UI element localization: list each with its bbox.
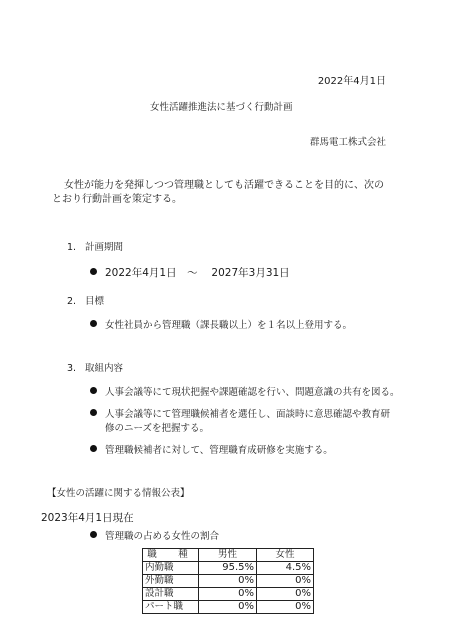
bullet-icon — [90, 445, 97, 452]
job-type-cell: パート職 — [143, 601, 199, 614]
initiative-item-2-continued: 修のニーズを把握する。 — [105, 423, 209, 434]
male-ratio-cell: 0% — [199, 588, 257, 601]
initiative-item-2: 人事会議等にて管理職候補者を選任し、面談時に意思確認や教育研 — [90, 409, 390, 420]
bullet-icon — [90, 320, 97, 327]
initiative-text: 管理職候補者に対して、管理職育成研修を実施する。 — [105, 445, 333, 456]
bullet-icon — [90, 268, 97, 275]
male-ratio-cell: 0% — [199, 575, 257, 588]
disclosure-as-of-date: 2023年4月1日現在 — [41, 512, 134, 525]
column-header-job-type: 職 種 — [143, 549, 199, 562]
section-number: 1. — [67, 242, 85, 253]
table-row: 内勤職 95.5% 4.5% — [143, 562, 314, 575]
job-type-cell: 内勤職 — [143, 562, 199, 575]
female-ratio-cell: 0% — [257, 601, 314, 614]
document-title: 女性活躍推進法に基づく行動計画 — [150, 102, 293, 113]
bullet-icon — [90, 531, 97, 538]
disclosure-item: 管理職の占める女性の割合 — [90, 531, 219, 542]
goal-text: 女性社員から管理職（課長職以上）を１名以上登用する。 — [105, 320, 352, 331]
bullet-icon — [90, 409, 97, 416]
plan-period-text: 2022年4月1日 ～ 2027年3月31日 — [105, 267, 290, 279]
female-ratio-cell: 0% — [257, 575, 314, 588]
column-header-female: 女性 — [257, 549, 314, 562]
section-title: 取組内容 — [85, 363, 123, 374]
company-name: 群馬電工株式会社 — [310, 137, 386, 148]
job-type-cell: 設計職 — [143, 588, 199, 601]
goal-item: 女性社員から管理職（課長職以上）を１名以上登用する。 — [90, 320, 352, 331]
initiative-item-3: 管理職候補者に対して、管理職育成研修を実施する。 — [90, 445, 333, 456]
plan-period-item: 2022年4月1日 ～ 2027年3月31日 — [90, 267, 290, 280]
job-type-cell: 外勤職 — [143, 575, 199, 588]
table-row: 外勤職 0% 0% — [143, 575, 314, 588]
disclosure-item-text: 管理職の占める女性の割合 — [105, 531, 219, 542]
section-3-heading: 3.取組内容 — [67, 363, 123, 374]
female-ratio-cell: 0% — [257, 588, 314, 601]
intro-text-line-1: 女性が能力を発揮しつつ管理職としても活躍できることを目的に、次の — [64, 180, 384, 192]
section-title: 計画期間 — [85, 242, 123, 253]
table-header-row: 職 種 男性 女性 — [143, 549, 314, 562]
female-ratio-cell: 4.5% — [257, 562, 314, 575]
initiative-item-1: 人事会議等にて現状把握や課題確認を行い、問題意識の共有を図る。 — [90, 387, 400, 398]
section-title: 目標 — [85, 296, 104, 307]
male-ratio-cell: 95.5% — [199, 562, 257, 575]
initiative-text: 修のニーズを把握する。 — [105, 423, 209, 434]
male-ratio-cell: 0% — [199, 601, 257, 614]
female-manager-ratio-table: 職 種 男性 女性 内勤職 95.5% 4.5% 外勤職 0% 0% 設計職 0… — [142, 548, 314, 614]
disclosure-heading: 【女性の活躍に関する情報公表】 — [47, 488, 190, 499]
section-2-heading: 2.目標 — [67, 296, 104, 307]
document-date: 2022年4月1日 — [318, 76, 386, 88]
bullet-icon — [90, 387, 97, 394]
intro-text-line-2: とおり行動計画を策定する。 — [52, 194, 182, 206]
section-number: 3. — [67, 363, 85, 374]
table-row: パート職 0% 0% — [143, 601, 314, 614]
column-header-male: 男性 — [199, 549, 257, 562]
initiative-text: 人事会議等にて管理職候補者を選任し、面談時に意思確認や教育研 — [105, 409, 390, 420]
table-row: 設計職 0% 0% — [143, 588, 314, 601]
section-1-heading: 1.計画期間 — [67, 242, 123, 253]
initiative-text: 人事会議等にて現状把握や課題確認を行い、問題意識の共有を図る。 — [105, 387, 400, 398]
section-number: 2. — [67, 296, 85, 307]
